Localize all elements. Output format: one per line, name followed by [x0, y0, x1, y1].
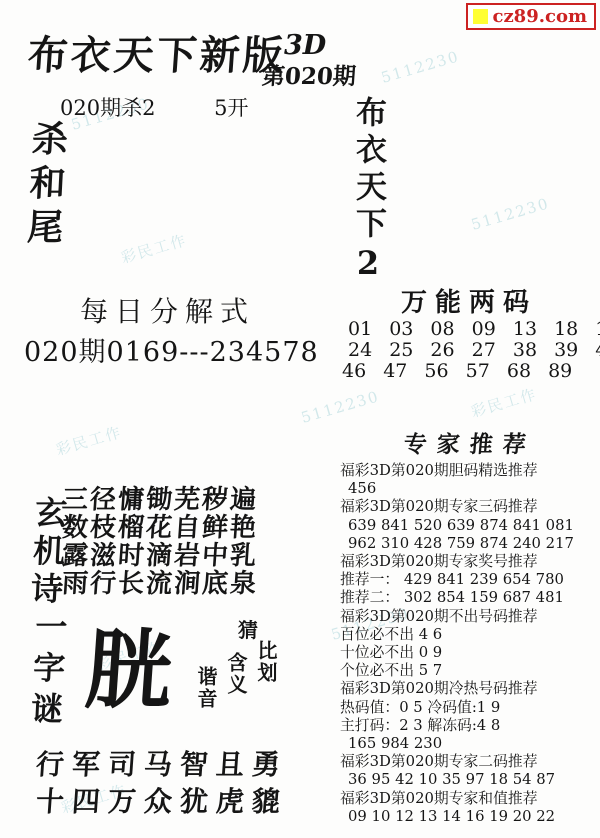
watermark-text: 彩民工作: [468, 383, 539, 422]
expert-line: 推荐二： 302 854 159 687 481: [340, 589, 600, 607]
riddle-hint: 谐音: [192, 666, 221, 710]
expert-recommendation-section: 专家推荐 福彩3D第020期胆码精选推荐 456 福彩3D第020期专家三码推荐…: [340, 426, 600, 826]
expert-line: 福彩3D第020期冷热号码推荐: [340, 680, 600, 698]
universal-two-codes-section: 万能两码 01 03 08 09 13 18 19? 24 25 26 27 3…: [340, 282, 598, 382]
expert-line: 福彩3D第020期胆码精选推荐: [340, 462, 600, 480]
watermark-text: 彩民工作: [53, 421, 124, 460]
watermark-text: 5112230: [299, 387, 382, 427]
watermark-text: 5112230: [469, 194, 552, 234]
watermark-text: 5112230: [379, 47, 462, 87]
expert-line: 962 310 428 759 874 240 217: [340, 535, 600, 553]
verse-line: 行军司马智且勇: [35, 746, 290, 783]
expert-line: 个位必不出 5 7: [340, 662, 600, 680]
expert-line: 165 984 230: [340, 735, 600, 753]
yellow-square-icon: [473, 9, 488, 24]
two-codes-row: 24 25 26 27 38 39 45?: [340, 340, 598, 361]
site-badge[interactable]: cz89.com: [466, 3, 596, 30]
page-title: 布衣天下新版: [26, 24, 288, 81]
poem-line: 数枝榴花自鲜艳: [61, 514, 259, 542]
expert-line: 福彩3D第020期专家三码推荐: [340, 498, 600, 516]
two-codes-row: 01 03 08 09 13 18 19?: [340, 319, 598, 340]
watermark-text: 彩民工作: [118, 229, 189, 268]
expert-line: 福彩3D第020期不出号码推荐: [340, 608, 600, 626]
open-note: 5开: [214, 96, 248, 120]
verse-line: 十四万众犹虎貔: [35, 783, 290, 820]
daily-breakdown-title: 每日分解式: [80, 290, 255, 330]
bottom-verse: 行军司马智且勇 十四万众犹虎貔: [36, 746, 288, 820]
expert-line: 热码值：0 5 冷码值:1 9: [340, 699, 600, 717]
poem-line: 三径慵锄芜秽遍: [61, 486, 259, 514]
expert-line: 十位必不出 0 9: [340, 644, 600, 662]
mystery-poem: 三径慵锄芜秽遍 数枝榴花自鲜艳 露滋时滴岩中乳 雨行长流涧底泉: [62, 486, 258, 598]
issue-label: 第020期: [261, 58, 357, 91]
riddle-character: 胱: [83, 628, 175, 714]
poem-line: 露滋时滴岩中乳: [61, 542, 259, 570]
expert-line: 福彩3D第020期专家二码推荐: [340, 753, 600, 771]
riddle-hint-guess: 猜: [238, 614, 258, 643]
kill-note: 020期杀2: [60, 96, 155, 120]
expert-line: 福彩3D第020期专家奖号推荐: [340, 553, 600, 571]
kill-sum-tail-label: 杀和尾: [17, 120, 75, 252]
lottery-chart-page: 5112230 5112230 彩民工作 5112230 彩民工作 511223…: [0, 0, 600, 838]
kill-note-row: 020期杀2 5开: [60, 92, 249, 122]
daily-breakdown-formula: 020期0169---234578: [24, 330, 319, 369]
expert-line: 推荐一： 429 841 239 654 780: [340, 571, 600, 589]
buyi-tianxia-text: 布衣天下: [350, 96, 386, 244]
expert-line: 456: [340, 480, 600, 498]
riddle-hint: 比划: [252, 640, 281, 684]
riddle-hint: 含义: [222, 652, 251, 696]
expert-line: 主打码：2 3 解冻码:4 8: [340, 717, 600, 735]
edition-label: 3D: [284, 30, 326, 61]
expert-recommendation-title: 专家推荐: [339, 426, 600, 459]
expert-line: 百位必不出 4 6: [340, 626, 600, 644]
expert-line: 福彩3D第020期专家和值推荐: [340, 790, 600, 808]
two-codes-row: 46 47 56 57 68 89: [340, 361, 598, 382]
buyi-tianxia-label: 布衣天下2: [346, 96, 391, 288]
expert-line: 09 10 12 13 14 16 19 20 22: [340, 808, 600, 826]
expert-line: 36 95 42 10 35 97 18 54 87: [340, 771, 600, 789]
site-badge-label: cz89.com: [492, 6, 587, 27]
expert-line: 639 841 520 639 874 841 081: [340, 517, 600, 535]
universal-two-codes-title: 万能两码: [340, 282, 598, 319]
poem-line: 雨行长流涧底泉: [61, 570, 259, 598]
word-riddle-label: 一字谜: [21, 610, 73, 733]
